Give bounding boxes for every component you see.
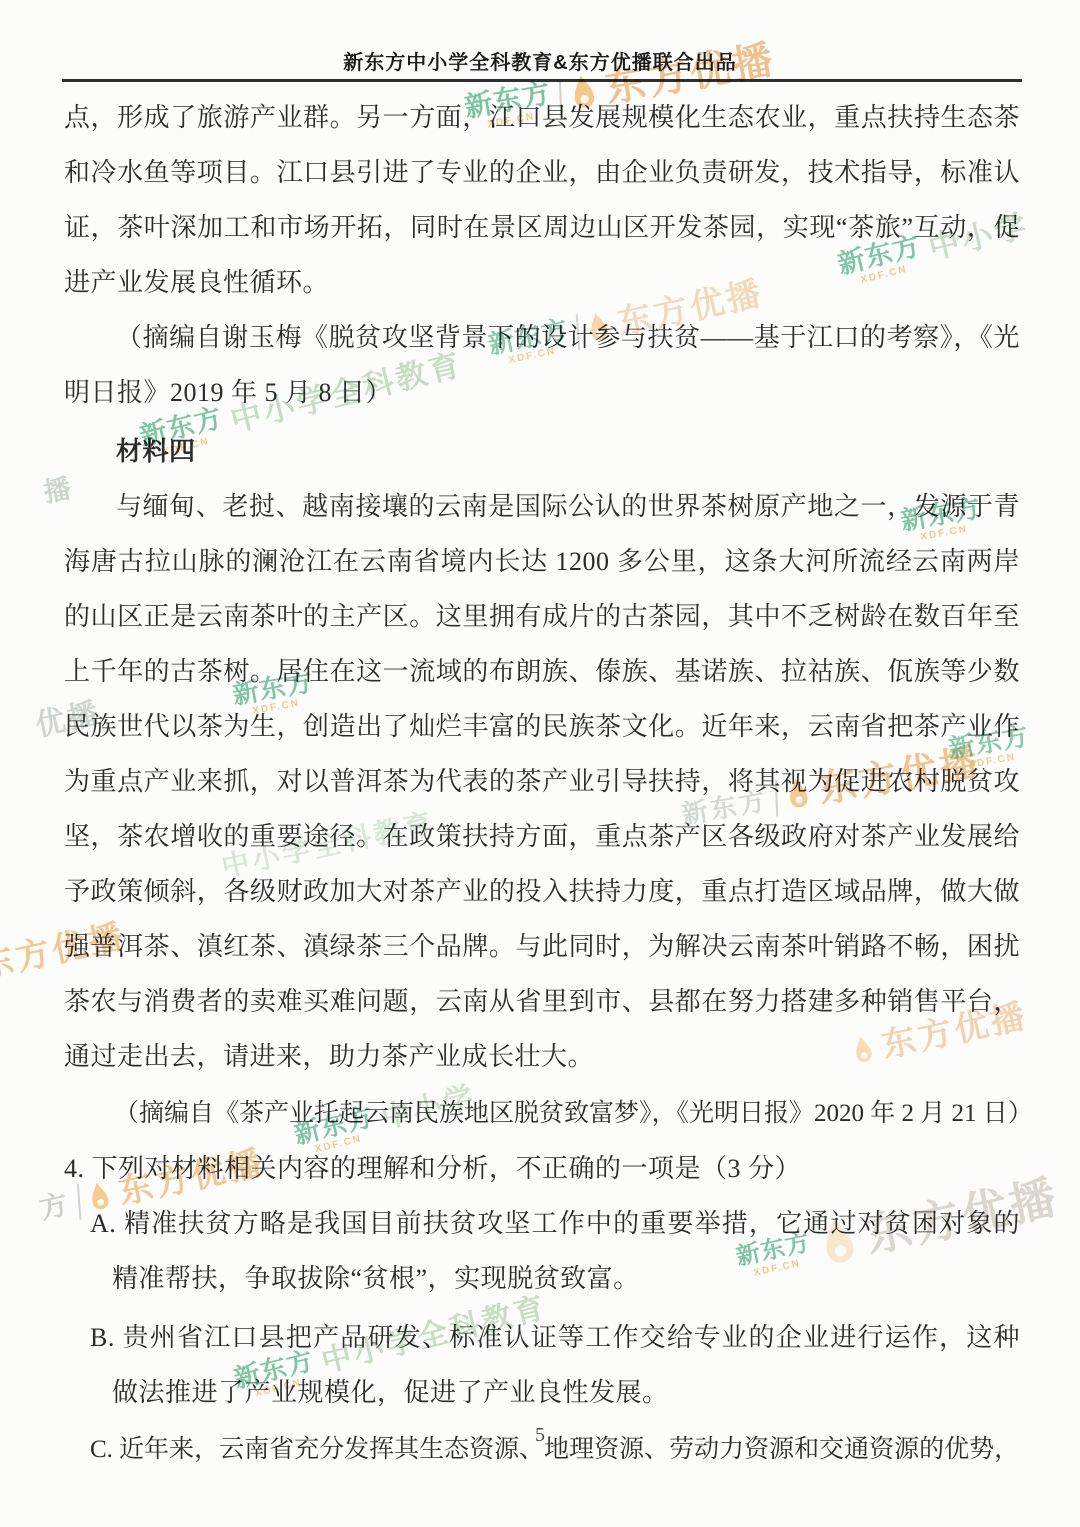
page-number: 5 xyxy=(0,1424,1080,1447)
header-title: 新东方中小学全科教育&东方优播联合出品 xyxy=(0,46,1080,75)
question-4: 4. 下列对材料相关内容的理解和分析，不正确的一项是（3 分） xyxy=(64,1141,1020,1196)
paragraph-continuation: 点，形成了旅游产业群。另一方面，江口县发展规模化生态农业，重点扶持生态茶和冷水鱼… xyxy=(64,90,1020,310)
citation-material4: （摘编自《茶产业托起云南民族地区脱贫致富梦》，《光明日报》2020 年 2 月 … xyxy=(64,1086,1020,1141)
option-b: B. 贵州省江口县把产品研发、标准认证等工作交给专业的企业进行运作，这种做法推进… xyxy=(64,1310,1020,1420)
material4-heading: 材料四 xyxy=(64,424,1020,479)
exam-page: 新东方XDF.CN东方优播新东方XDF.CN中小学新东方XDF.CN东方优播新东… xyxy=(0,0,1080,1527)
citation-material3: （摘编自谢玉梅《脱贫攻坚背景下的设计参与扶贫——基于江口的考察》，《光明日报》2… xyxy=(64,310,1020,420)
paragraph-material4: 与缅甸、老挝、越南接壤的云南是国际公认的世界茶树原产地之一，发源于青海唐古拉山脉… xyxy=(64,479,1020,1084)
document-body: 点，形成了旅游产业群。另一方面，江口县发展规模化生态农业，重点扶持生态茶和冷水鱼… xyxy=(64,90,1020,1477)
option-a: A. 精准扶贫方略是我国目前扶贫攻坚工作中的重要举措，它通过对贫困对象的精准帮扶… xyxy=(64,1196,1020,1306)
header-rule xyxy=(62,79,1022,82)
